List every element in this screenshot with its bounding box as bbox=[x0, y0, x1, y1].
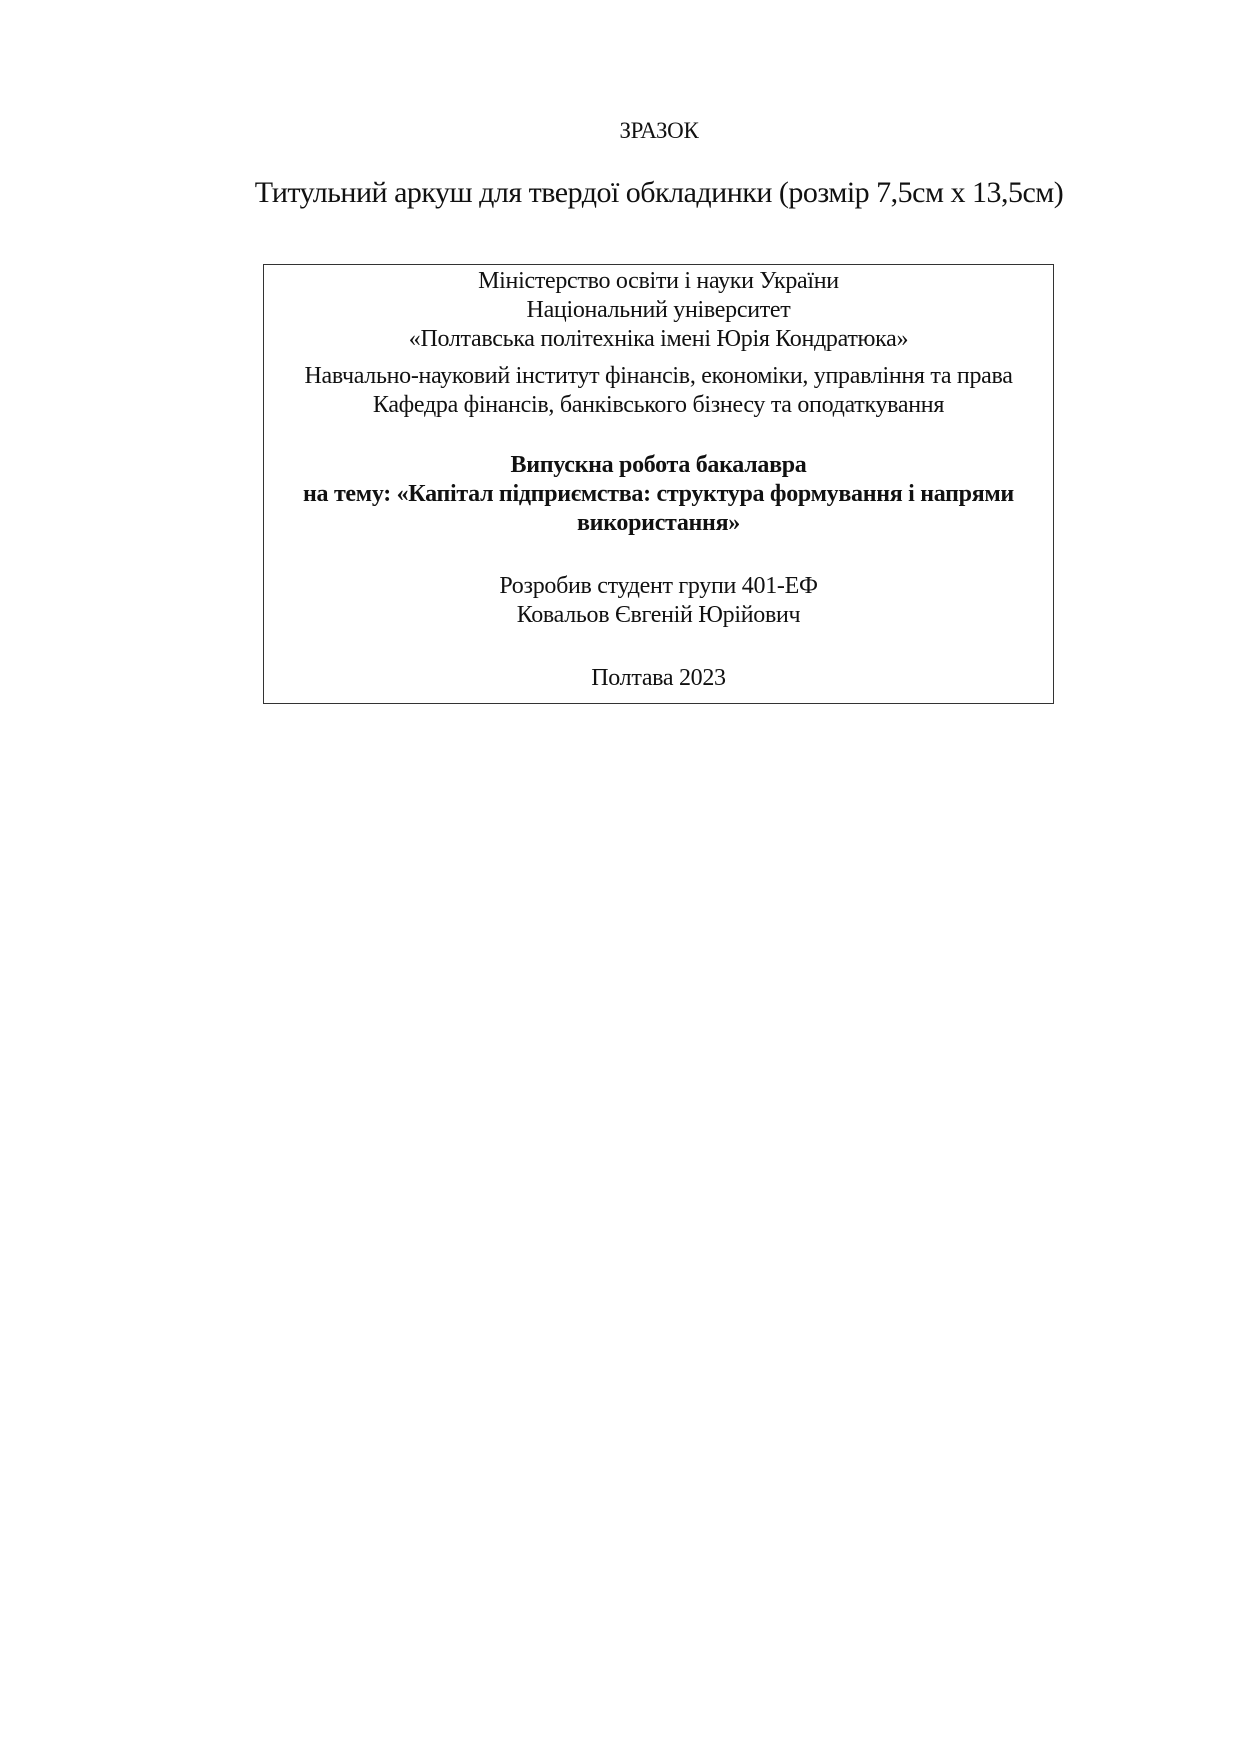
university-name-line2: «Полтавська політехніка імені Юрія Кондр… bbox=[264, 325, 1053, 354]
page-subtitle: Титульний аркуш для твердої обкладинки (… bbox=[0, 176, 1240, 210]
topic-line1: на тему: «Капітал підприємства: структур… bbox=[264, 480, 1053, 509]
institute-name: Навчально-науковий інститут фінансів, ек… bbox=[264, 362, 1053, 391]
department-name: Кафедра фінансів, банківського бізнесу т… bbox=[264, 391, 1053, 420]
author-block: Розробив студент групи 401-ЕФ Ковальов Є… bbox=[264, 572, 1053, 630]
author-name: Ковальов Євгеній Юрійович bbox=[264, 601, 1053, 630]
ministry-name: Міністерство освіти і науки України bbox=[264, 267, 1053, 296]
university-name-line1: Національний університет bbox=[264, 296, 1053, 325]
work-type: Випускна робота бакалавра bbox=[264, 451, 1053, 480]
topic-line2: використання» bbox=[264, 509, 1053, 538]
author-group: Розробив студент групи 401-ЕФ bbox=[264, 572, 1053, 601]
thesis-title-block: Випускна робота бакалавра на тему: «Капі… bbox=[264, 451, 1053, 538]
city-year: Полтава 2023 bbox=[264, 664, 1053, 693]
sample-label: ЗРАЗОК bbox=[0, 118, 1240, 144]
cover-frame: Міністерство освіти і науки України Наці… bbox=[263, 264, 1054, 704]
department-block: Навчально-науковий інститут фінансів, ек… bbox=[264, 362, 1053, 420]
institution-block: Міністерство освіти і науки України Наці… bbox=[264, 267, 1053, 354]
